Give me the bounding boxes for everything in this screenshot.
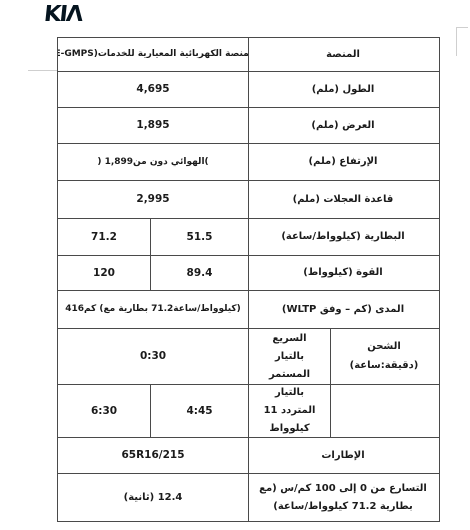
ac-charging-value-long-range: 6:30 [58,385,151,437]
range-value: 416كم ‎(مع‎ بطارية‎ 71.2كيلوواط/ساعة‎) [58,291,249,328]
platform-label: المنصة [249,38,437,71]
vehicle-spec-table: المنصة الكهربائية المعيارية للخدمات‎(E-G… [57,37,440,522]
dc-charging-sublabel: الشحن السريع بالتيار المستمر ‎(80%-10)‎ [249,329,331,384]
power-value-standard: 89.4 [151,256,249,290]
battery-value-standard: 51.5 [151,219,249,255]
battery-value-long-range: 71.2 [58,219,151,255]
table-boundary-mark-right [456,27,457,56]
table-row-height: ‎) 1,899من‎ دون‎ الهوائي‎( الإرتفاع (ملم… [58,144,439,181]
charging-label: الشحن (دقيقة:ساعة) [331,329,437,384]
tires-label: الإطارات [249,438,437,473]
power-value-long-range: 120 [58,256,151,290]
table-row-width: 1,895 العرض (ملم) [58,108,439,144]
table-row-range: 416كم ‎(مع‎ بطارية‎ 71.2كيلوواط/ساعة‎) ا… [58,291,439,329]
ac-charging-value-standard: 4:45 [151,385,249,437]
table-row-tires: 65R16/215 الإطارات [58,438,439,474]
acceleration-value: 12.4 (ثانية) [58,474,249,521]
table-boundary-mark-right-top [456,27,468,28]
charging-label-line2: (دقيقة:ساعة) [350,360,419,372]
table-row-ac-charging: 6:30 4:45 الشحن بالتيار المتردد 11 كيلوو… [58,385,439,438]
power-label: القوة (كيلوواط) [249,256,437,290]
kia-logo: KIΛ [43,2,83,27]
range-label: المدى (كم – وفق WLTP) [249,291,437,328]
table-row-length: 4,695 الطول (ملم) [58,72,439,108]
width-value: 1,895 [58,108,249,143]
ac-charging-sublabel: الشحن بالتيار المتردد 11 كيلوواط ‎(10-10… [249,385,331,437]
acceleration-label: التسارع من 0 إلى 100 كم/س (مع بطارية 71.… [249,474,437,521]
height-label: الإرتفاع (ملم) [249,144,437,180]
tires-value: 65R16/215 [58,438,249,473]
document-page: KIΛ المنصة الكهربائية المعيارية للخدمات‎… [0,0,470,530]
table-row-battery: 71.2 51.5 البطارية (كيلوواط/ساعة) [58,219,439,256]
wheelbase-value: 2,995 [58,181,249,218]
table-row-power: 120 89.4 القوة (كيلوواط) [58,256,439,291]
battery-label: البطارية (كيلوواط/ساعة) [249,219,437,255]
wheelbase-label: قاعدة العجلات (ملم) [249,181,437,218]
length-label: الطول (ملم) [249,72,437,107]
platform-value: المنصة الكهربائية المعيارية للخدمات‎(E-G… [58,38,249,71]
table-row-wheelbase: 2,995 قاعدة العجلات (ملم) [58,181,439,219]
table-boundary-mark-left [28,70,57,71]
dc-charging-value: 0:30 [58,329,249,384]
height-value: ‎) 1,899من‎ دون‎ الهوائي‎( [58,144,249,180]
table-row-platform: المنصة الكهربائية المعيارية للخدمات‎(E-G… [58,38,439,72]
table-row-acceleration: 12.4 (ثانية) التسارع من 0 إلى 100 كم/س (… [58,474,439,521]
table-row-dc-charging: 0:30 الشحن السريع بالتيار المستمر ‎(80%-… [58,329,439,385]
ac-charging-empty-cell [331,385,437,437]
width-label: العرض (ملم) [249,108,437,143]
charging-label-line1: الشحن [367,341,401,353]
length-value: 4,695 [58,72,249,107]
